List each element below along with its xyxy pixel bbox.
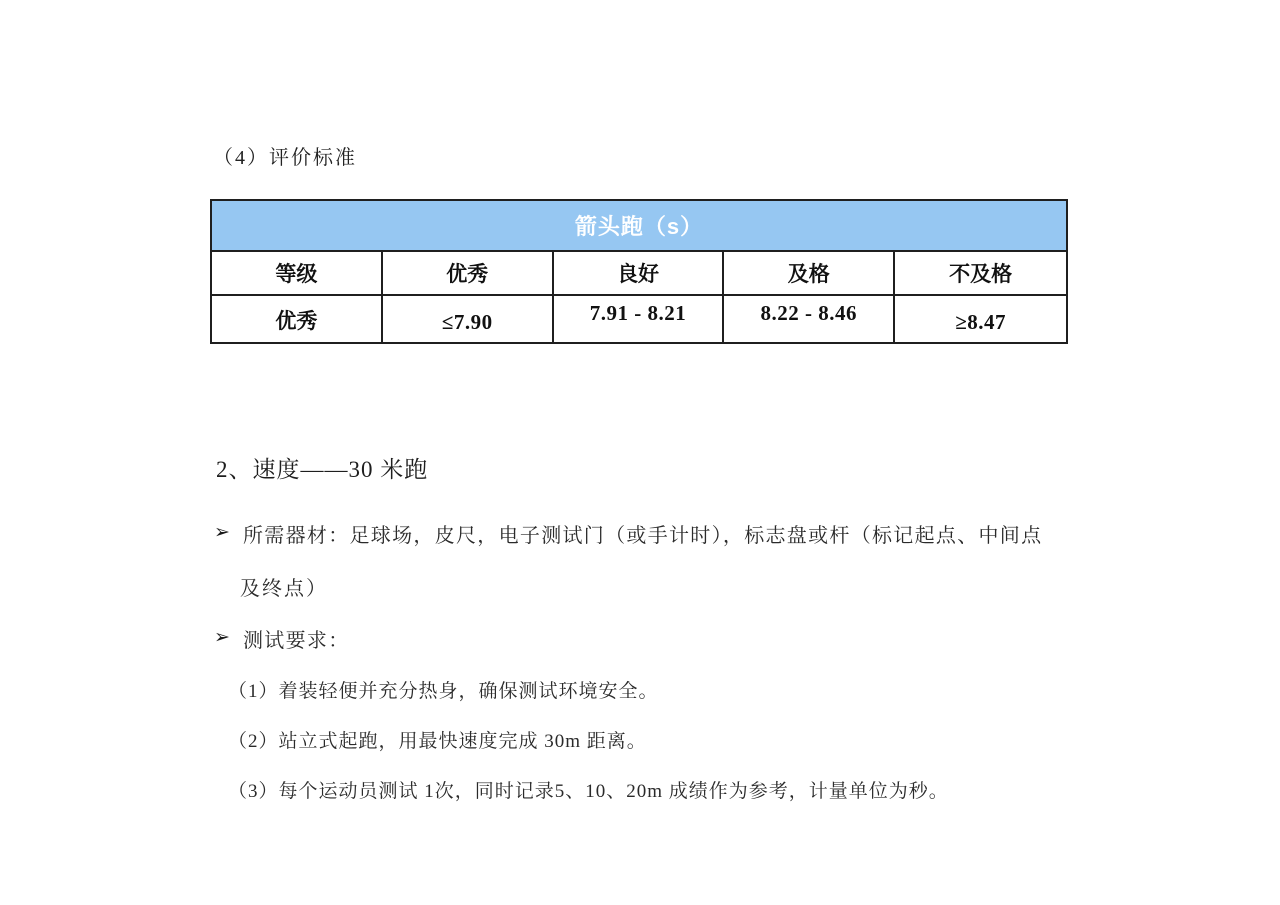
table-header-cell: 优秀 xyxy=(383,252,554,294)
table-cell-fail: ≥8.47 xyxy=(895,296,1066,342)
evaluation-criteria-heading: （4）评价标准 xyxy=(213,141,357,170)
evaluation-table: 箭头跑（s） 等级 优秀 良好 及格 不及格 优秀 ≤7.90 7.91 - 8… xyxy=(210,199,1068,344)
equipment-text-line1: 所需器材：足球场，皮尺，电子测试门（或手计时），标志盘或杆（标记起点、中间点 xyxy=(243,519,1042,548)
table-title: 箭头跑（s） xyxy=(575,210,703,241)
table-cell-grade: 优秀 xyxy=(212,296,383,342)
document-page: （4）评价标准 箭头跑（s） 等级 优秀 良好 及格 不及格 优秀 ≤7.90 … xyxy=(0,0,1280,905)
table-header-cell: 良好 xyxy=(554,252,725,294)
table-cell-pass: 8.22 - 8.46 xyxy=(724,296,895,342)
requirement-item: （3）每个运动员测试 1次，同时记录5、10、20m 成绩作为参考，计量单位为秒… xyxy=(228,776,949,803)
section-heading: 2、速度——30 米跑 xyxy=(216,451,428,484)
table-data-row: 优秀 ≤7.90 7.91 - 8.21 8.22 - 8.46 ≥8.47 xyxy=(212,296,1066,342)
requirement-item: （2）站立式起跑，用最快速度完成 30m 距离。 xyxy=(228,726,647,753)
table-cell-good: 7.91 - 8.21 xyxy=(554,296,725,342)
bullet-arrow-icon: ➢ xyxy=(214,626,230,648)
requirement-item: （1）着装轻便并充分热身，确保测试环境安全。 xyxy=(228,676,659,703)
table-header-cell: 不及格 xyxy=(895,252,1066,294)
equipment-text-line2: 及终点） xyxy=(240,572,328,601)
table-cell-excellent: ≤7.90 xyxy=(383,296,554,342)
table-header-row: 等级 优秀 良好 及格 不及格 xyxy=(212,252,1066,296)
bullet-arrow-icon: ➢ xyxy=(214,521,230,543)
table-header-cell: 等级 xyxy=(212,252,383,294)
table-title-row: 箭头跑（s） xyxy=(212,201,1066,252)
requirements-label: 测试要求： xyxy=(243,624,350,653)
table-header-cell: 及格 xyxy=(724,252,895,294)
